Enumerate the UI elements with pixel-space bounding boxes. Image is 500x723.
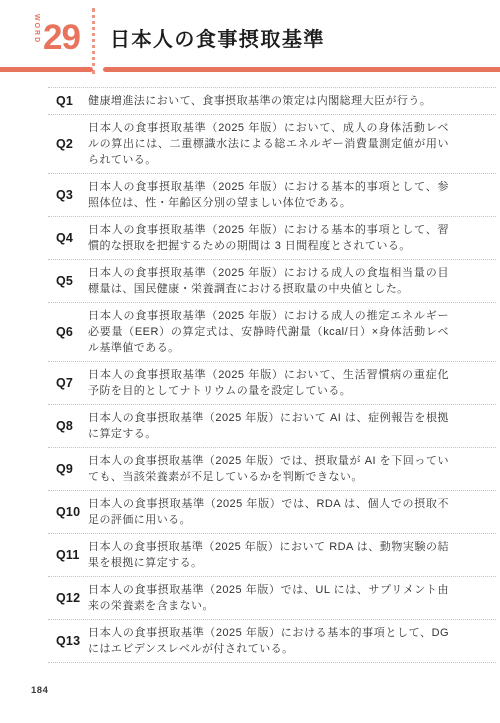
page-title: 日本人の食事摂取基準 <box>110 23 325 52</box>
question-text: 日本人の食事摂取基準（2025 年版）では、RDA は、個人での摂取不足の評価に… <box>88 496 496 528</box>
question-list: Q1 健康増進法において、食事摂取基準の策定は内閣総理大臣が行う。 Q2 日本人… <box>48 87 496 663</box>
question-text: 日本人の食事摂取基準（2025 年版）において、成人の身体活動レベルの算出には、… <box>88 120 496 168</box>
question-text: 日本人の食事摂取基準（2025 年版）において RDA は、動物実験の結果を根拠… <box>88 539 496 571</box>
vertical-dotted-divider <box>92 8 95 74</box>
question-text: 日本人の食事摂取基準（2025 年版）では、摂取量が AI を下回っていても、当… <box>88 453 496 485</box>
question-text: 日本人の食事摂取基準（2025 年版）における基本的事項として、習慣的な摂取を把… <box>88 222 496 254</box>
question-row: Q11 日本人の食事摂取基準（2025 年版）において RDA は、動物実験の結… <box>48 534 496 577</box>
question-row: Q2 日本人の食事摂取基準（2025 年版）において、成人の身体活動レベルの算出… <box>48 115 496 174</box>
question-label: Q6 <box>48 325 88 339</box>
question-label: Q13 <box>48 634 88 648</box>
question-label: Q3 <box>48 188 88 202</box>
question-row: Q5 日本人の食事摂取基準（2025 年版）における成人の食塩相当量の目標量は、… <box>48 260 496 303</box>
question-text: 日本人の食事摂取基準（2025 年版）において、生活習慣病の重症化予防を目的とし… <box>88 367 496 399</box>
question-label: Q4 <box>48 231 88 245</box>
page-header: WORD 29 日本人の食事摂取基準 <box>0 0 500 87</box>
word-number: 29 <box>43 20 80 55</box>
question-text: 日本人の食事摂取基準（2025 年版）では、UL には、サプリメント由来の栄養素… <box>88 582 496 614</box>
question-label: Q11 <box>48 548 88 562</box>
question-row: Q9 日本人の食事摂取基準（2025 年版）では、摂取量が AI を下回っていて… <box>48 448 496 491</box>
question-row: Q12 日本人の食事摂取基準（2025 年版）では、UL には、サプリメント由来… <box>48 577 496 620</box>
question-row: Q10 日本人の食事摂取基準（2025 年版）では、RDA は、個人での摂取不足… <box>48 491 496 534</box>
question-label: Q5 <box>48 274 88 288</box>
question-label: Q10 <box>48 505 88 519</box>
question-label: Q7 <box>48 376 88 390</box>
question-row: Q6 日本人の食事摂取基準（2025 年版）における成人の推定エネルギー必要量（… <box>48 303 496 362</box>
question-label: Q9 <box>48 462 88 476</box>
header-rule <box>0 67 500 72</box>
question-text: 日本人の食事摂取基準（2025 年版）における基本的事項として、参照体位は、性・… <box>88 179 496 211</box>
question-row: Q8 日本人の食事摂取基準（2025 年版）において AI は、症例報告を根拠に… <box>48 405 496 448</box>
question-label: Q8 <box>48 419 88 433</box>
question-text: 日本人の食事摂取基準（2025 年版）における基本的事項として、DG にはエビデ… <box>88 625 496 657</box>
question-text: 健康増進法において、食事摂取基準の策定は内閣総理大臣が行う。 <box>88 93 496 109</box>
question-row: Q1 健康増進法において、食事摂取基準の策定は内閣総理大臣が行う。 <box>48 88 496 115</box>
question-row: Q4 日本人の食事摂取基準（2025 年版）における基本的事項として、習慣的な摂… <box>48 217 496 260</box>
question-row: Q7 日本人の食事摂取基準（2025 年版）において、生活習慣病の重症化予防を目… <box>48 362 496 405</box>
question-label: Q1 <box>48 94 88 108</box>
question-text: 日本人の食事摂取基準（2025 年版）において AI は、症例報告を根拠に算定す… <box>88 410 496 442</box>
question-label: Q12 <box>48 591 88 605</box>
header-rule-left-segment <box>0 67 93 72</box>
question-text: 日本人の食事摂取基準（2025 年版）における成人の食塩相当量の目標量は、国民健… <box>88 265 496 297</box>
question-text: 日本人の食事摂取基準（2025 年版）における成人の推定エネルギー必要量（EER… <box>88 308 496 356</box>
word-vertical-label: WORD <box>33 14 40 60</box>
header-rule-right-segment <box>103 67 500 72</box>
question-row: Q3 日本人の食事摂取基準（2025 年版）における基本的事項として、参照体位は… <box>48 174 496 217</box>
question-label: Q2 <box>48 137 88 151</box>
question-row: Q13 日本人の食事摂取基準（2025 年版）における基本的事項として、DG に… <box>48 620 496 663</box>
page-number: 184 <box>31 685 48 696</box>
